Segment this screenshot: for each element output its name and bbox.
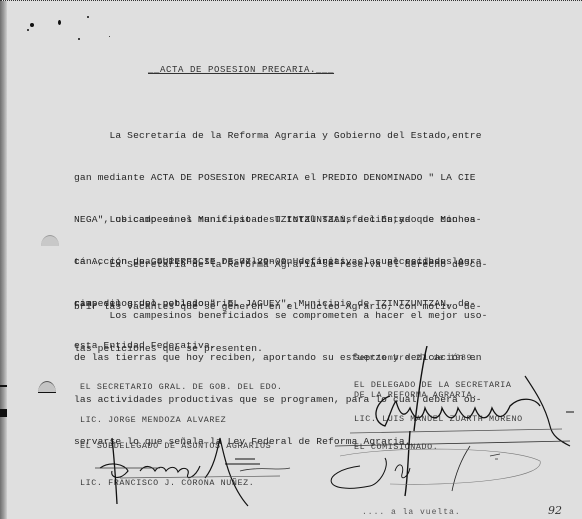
signatory-name-subdelegado: LIC. FRANCISCO J. CORONA NUÑEZ. xyxy=(80,478,254,488)
speck xyxy=(87,16,89,18)
speck xyxy=(78,38,80,40)
page-number: 92 xyxy=(548,504,562,517)
text-line: las actividades productivas que se progr… xyxy=(74,393,574,407)
signatory-title-secretario: EL SECRETARIO GRAL. DE GOB. DEL EDO. xyxy=(80,382,283,392)
document-date: Septiembre 27 de 1989. xyxy=(354,353,478,363)
signatory-title-delegado-line2: DE LA REFORMA AGRARIA. xyxy=(354,390,478,400)
scan-edge-mark xyxy=(0,385,7,387)
text-line: La Secretaría de la Reforma Agraria se r… xyxy=(74,258,574,272)
scan-edge-mark xyxy=(0,409,7,417)
speck xyxy=(109,36,110,37)
signatory-name-delegado: LIC. LUIS MANUEL ZUARTH MORENO xyxy=(354,414,523,424)
document-title: __ACTA DE POSESION PRECARIA.___ xyxy=(148,65,334,75)
punch-hole-mark xyxy=(41,235,59,246)
footer-continuation-note: .... a la vuelta. xyxy=(362,508,461,517)
speck xyxy=(58,20,61,25)
speck xyxy=(30,23,34,27)
signatory-name-secretario: LIC. JORGE MENDOZA ALVAREZ xyxy=(80,415,226,425)
text-line: Los campesinos beneficiados se compromet… xyxy=(74,309,574,323)
speck xyxy=(27,29,29,31)
signatory-title-comisionado: EL COMISIONADO. xyxy=(354,442,438,452)
text-line: La Secretaría de la Reforma Agraria y Go… xyxy=(74,129,574,143)
punch-hole-mark xyxy=(38,381,56,393)
scanned-document-page: __ACTA DE POSESION PRECARIA.___ La Secre… xyxy=(0,0,582,519)
signatory-title-subdelegado: EL SUBDELEGADO DE ASUNTOS AGRARIOS xyxy=(80,441,271,451)
text-line: gan mediante ACTA DE POSESION PRECARIA e… xyxy=(74,171,574,185)
signatory-title-delegado-line1: EL DELEGADO DE LA SECRETARIA xyxy=(354,380,512,390)
scan-left-edge xyxy=(0,1,7,519)
text-line: Los campesinos manifiestan su total sati… xyxy=(74,213,574,227)
text-line: de las tierras que hoy reciben, aportand… xyxy=(74,351,574,365)
